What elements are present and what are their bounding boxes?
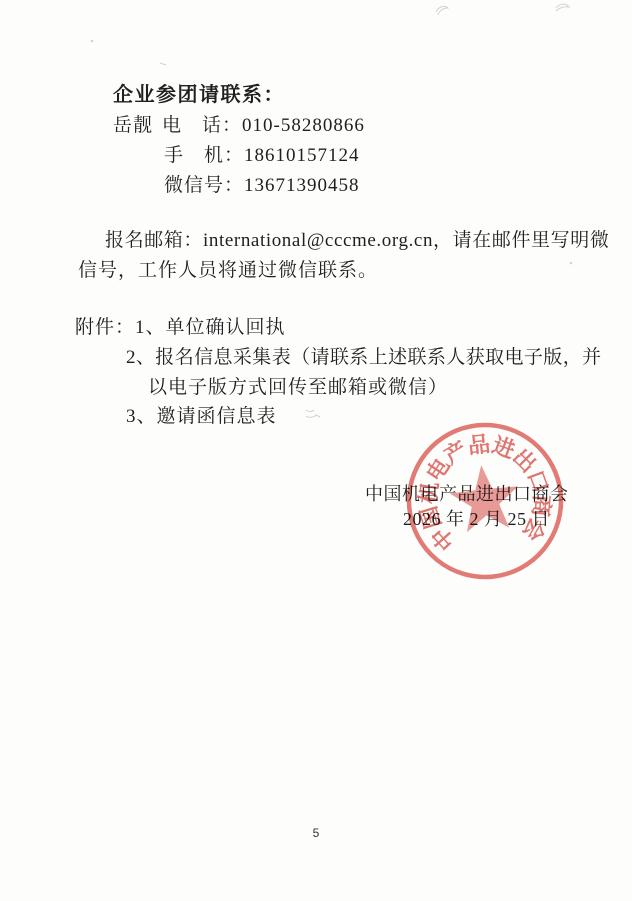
- seal-character: 品: [467, 431, 492, 458]
- contact-heading: 企业参团请联系：: [113, 83, 285, 107]
- attachment-item-2-line2: 以电子版方式回传至邮箱或微信）: [148, 376, 448, 400]
- scan-artifact: [436, 6, 448, 15]
- page-number: 5: [0, 826, 632, 840]
- mobile-number: 18610157124: [244, 145, 360, 166]
- seal-character: 会: [518, 513, 551, 545]
- contact-mobile-line: 手 机：18610157124: [164, 144, 360, 168]
- scan-artifact: [570, 262, 572, 264]
- scan-artifact: [556, 4, 569, 11]
- contact-person-name: 岳靓: [113, 115, 153, 136]
- official-red-seal: 中国机电产品进出口商会: [400, 419, 570, 583]
- attachments-label: 附件：: [75, 317, 135, 338]
- email-note-line1: 报名邮箱：international@cccme.org.cn，请在邮件里写明微: [105, 229, 609, 253]
- attachment-item-2-line1: 2、报名信息采集表（请联系上述联系人获取电子版，并: [126, 346, 602, 370]
- email-note-line2: 信号，工作人员将通过微信联系。: [78, 259, 378, 283]
- seal-star-icon: [447, 462, 522, 534]
- scan-artifact: [306, 410, 320, 417]
- phone-label: 电 话：: [162, 115, 242, 136]
- scan-artifact: [160, 63, 166, 65]
- mobile-label: 手 机：: [164, 145, 244, 166]
- wechat-label: 微信号：: [164, 175, 244, 196]
- seal-character: 商: [528, 494, 555, 518]
- wechat-number: 13671390458: [244, 175, 360, 196]
- attachment-item-1: 1、单位确认回执: [135, 317, 286, 338]
- attachments-line1: 附件：1、单位确认回执: [75, 316, 286, 340]
- phone-number: 010-58280866: [242, 115, 365, 136]
- contact-phone-line: 岳靓电 话：010-58280866: [113, 114, 365, 138]
- attachment-item-3: 3、邀请函信息表: [126, 405, 277, 429]
- scan-artifact: [91, 40, 93, 42]
- document-page: 企业参团请联系： 岳靓电 话：010-58280866 手 机：18610157…: [0, 0, 632, 901]
- contact-wechat-line: 微信号：13671390458: [164, 174, 360, 198]
